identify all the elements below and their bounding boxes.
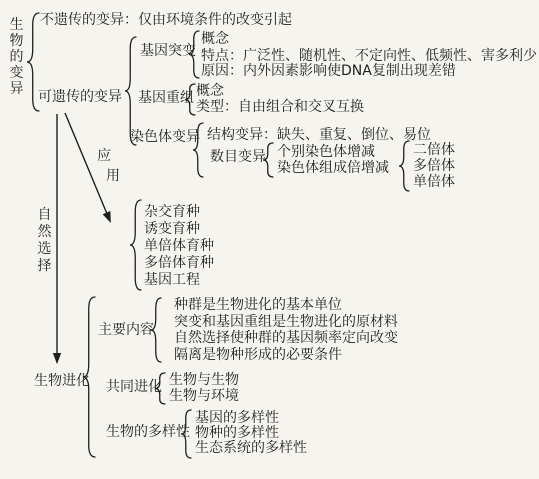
biodiversity-ecosystem: 生态系统的多样性	[195, 441, 307, 457]
brace-main-content	[150, 297, 162, 363]
heritable-variation-label: 可遗传的变异	[38, 90, 122, 106]
brace-coevolution	[154, 372, 166, 405]
number-variation-individual: 个别染色体增减	[277, 145, 375, 161]
ploidy-polyploid: 多倍体	[413, 159, 455, 175]
number-variation-sets: 染色体组成倍增减	[277, 161, 389, 177]
application-arrow	[65, 113, 110, 221]
brace-number-variation	[262, 142, 274, 178]
coevolution-bio-env: 生物与环境	[169, 389, 239, 405]
gene-recombination-concept: 概念	[196, 84, 224, 100]
non-heritable-variation-text: 不遗传的变异：仅由环境条件的改变引起	[40, 13, 292, 29]
main-content-label: 主要内容	[98, 323, 154, 339]
main-content-isolation: 隔离是物种形成的必要条件	[174, 348, 342, 364]
breeding-polyploid: 多倍体育种	[144, 256, 214, 272]
ploidy-haploid: 单倍体	[413, 175, 455, 191]
brace-gene-mutation	[188, 30, 200, 79]
breeding-gene-engineering: 基因工程	[144, 273, 200, 289]
biodiversity-label: 生物的多样性	[106, 425, 190, 441]
brace-ploidy	[398, 140, 410, 192]
gene-recombination-type: 类型：自由组合和交叉互换	[196, 100, 364, 116]
natural-selection-label: 自然选择	[36, 207, 53, 275]
brace-gene-recombination	[184, 83, 196, 116]
brace-evolution	[82, 296, 96, 458]
ploidy-diploid: 二倍体	[413, 143, 455, 159]
breeding-haploid: 单倍体育种	[144, 239, 214, 255]
biology-concept-map: 生物的变异 不遗传的变异：仅由环境条件的改变引起 可遗传的变异 基因突变 概念 …	[0, 0, 539, 479]
application-label-char-1: 应	[97, 149, 111, 164]
number-variation-label: 数目变异	[210, 150, 266, 166]
main-content-population: 种群是生物进化的基本单位	[174, 298, 342, 314]
breeding-cross: 杂交育种	[144, 205, 200, 221]
chromosome-variation-label: 染色体变异	[130, 130, 200, 146]
main-content-selection: 自然选择使种群的基因频率定向改变	[174, 331, 398, 347]
brace-biodiversity	[180, 409, 192, 459]
main-content-raw-material: 突变和基因重组是生物进化的原材料	[174, 315, 398, 331]
breeding-mutation: 诱变育种	[144, 222, 200, 238]
application-label-char-2: 用	[106, 169, 120, 184]
gene-mutation-cause: 原因：内外因素影响使DNA复制出现差错	[201, 64, 456, 80]
brace-chromosome-variation	[192, 122, 204, 178]
gene-mutation-concept: 概念	[201, 32, 229, 48]
root-label: 生物的变异	[8, 17, 25, 97]
coevolution-bio-bio: 生物与生物	[169, 373, 239, 389]
brace-breeding	[129, 199, 142, 291]
